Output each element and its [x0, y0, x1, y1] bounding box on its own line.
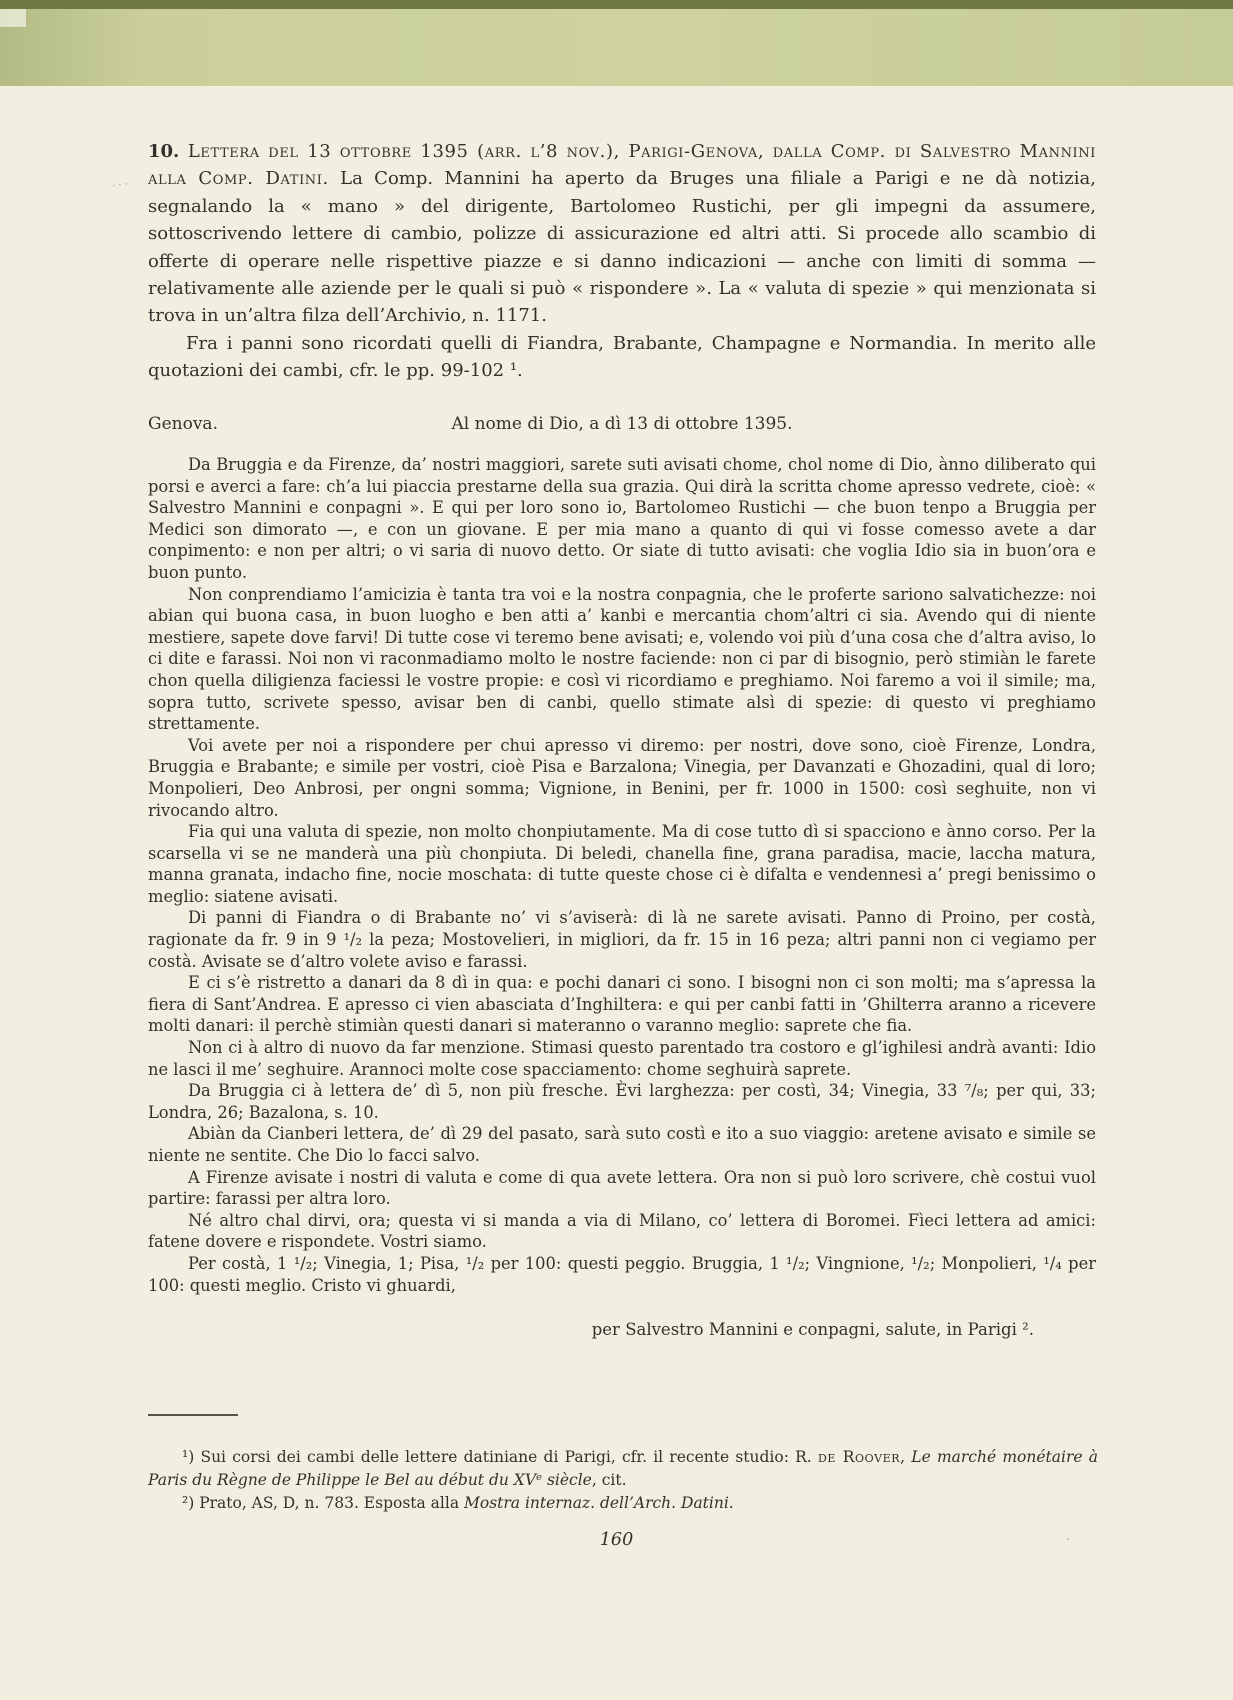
letter-paragraph: Non conprendiamo l’amicizia è tanta tra …: [148, 584, 1096, 735]
letter-paragraph: Da Bruggia e da Firenze, da’ nostri magg…: [148, 454, 1096, 584]
text-segment: 10.: [148, 141, 188, 162]
letter-paragraph: Non ci à altro di nuovo da far menzione.…: [148, 1037, 1096, 1080]
headnote-paragraph-1: 10. Lettera del 13 ottobre 1395 (arr. l’…: [148, 138, 1096, 330]
letter-paragraph: E ci s’è ristretto a danari da 8 dì in q…: [148, 972, 1096, 1037]
dateline-invocation: Al nome di Dio, a dì 13 di ottobre 1395.: [148, 414, 1096, 434]
paper-speck: ·: [1066, 1533, 1070, 1546]
letter-body: Da Bruggia e da Firenze, da’ nostri magg…: [148, 454, 1096, 1296]
headnote-paragraph-2: Fra i panni sono ricordati quelli di Fia…: [148, 330, 1096, 385]
headnote: 10. Lettera del 13 ottobre 1395 (arr. l’…: [148, 138, 1096, 385]
scan-top-edge: [0, 0, 1233, 86]
footnote-rule: [148, 1414, 238, 1416]
page-number: 160: [0, 1530, 1233, 1550]
letter-paragraph: A Firenze avisate i nostri di valuta e c…: [148, 1167, 1096, 1210]
text-segment: ,: [900, 1448, 911, 1466]
margin-pencil-mark: ···: [111, 177, 131, 194]
letter-paragraph: Fia qui una valuta di spezie, non molto …: [148, 821, 1096, 907]
text-segment: de Roover: [818, 1448, 900, 1466]
text-segment: ¹) Sui corsi dei cambi delle lettere dat…: [182, 1448, 818, 1466]
footnote-2: ²) Prato, AS, D, n. 783. Esposta alla Mo…: [148, 1492, 1098, 1515]
text-segment: Mostra internaz. dell’Arch. Datini.: [464, 1494, 734, 1512]
letter-paragraph: Per costà, 1 ¹/₂; Vinegia, 1; Pisa, ¹/₂ …: [148, 1253, 1096, 1296]
letter-paragraph: Abiàn da Cianberi lettera, de’ dì 29 del…: [148, 1123, 1096, 1166]
footnote-1: ¹) Sui corsi dei cambi delle lettere dat…: [148, 1446, 1098, 1492]
letter-paragraph: Di panni di Fiandra o di Brabante no’ vi…: [148, 907, 1096, 972]
text-segment: ²) Prato, AS, D, n. 783. Esposta alla: [182, 1494, 464, 1512]
text-segment: , cit.: [592, 1471, 627, 1489]
letter-paragraph: Né altro chal dirvi, ora; questa vi si m…: [148, 1210, 1096, 1253]
dateline-place: Genova.: [148, 414, 218, 434]
letter-section: Genova. Al nome di Dio, a dì 13 di ottob…: [148, 414, 1096, 1339]
letter-paragraph: Voi avete per noi a rispondere per chui …: [148, 735, 1096, 821]
text-segment: La Comp. Mannini ha aperto da Bruges una…: [148, 168, 1096, 326]
letter-paragraph: Da Bruggia ci à lettera de’ dì 5, non pi…: [148, 1080, 1096, 1123]
footnotes: ¹) Sui corsi dei cambi delle lettere dat…: [148, 1446, 1098, 1515]
letter-signature: per Salvestro Mannini e conpagni, salute…: [148, 1320, 1096, 1339]
dateline: Genova. Al nome di Dio, a dì 13 di ottob…: [148, 414, 1096, 440]
